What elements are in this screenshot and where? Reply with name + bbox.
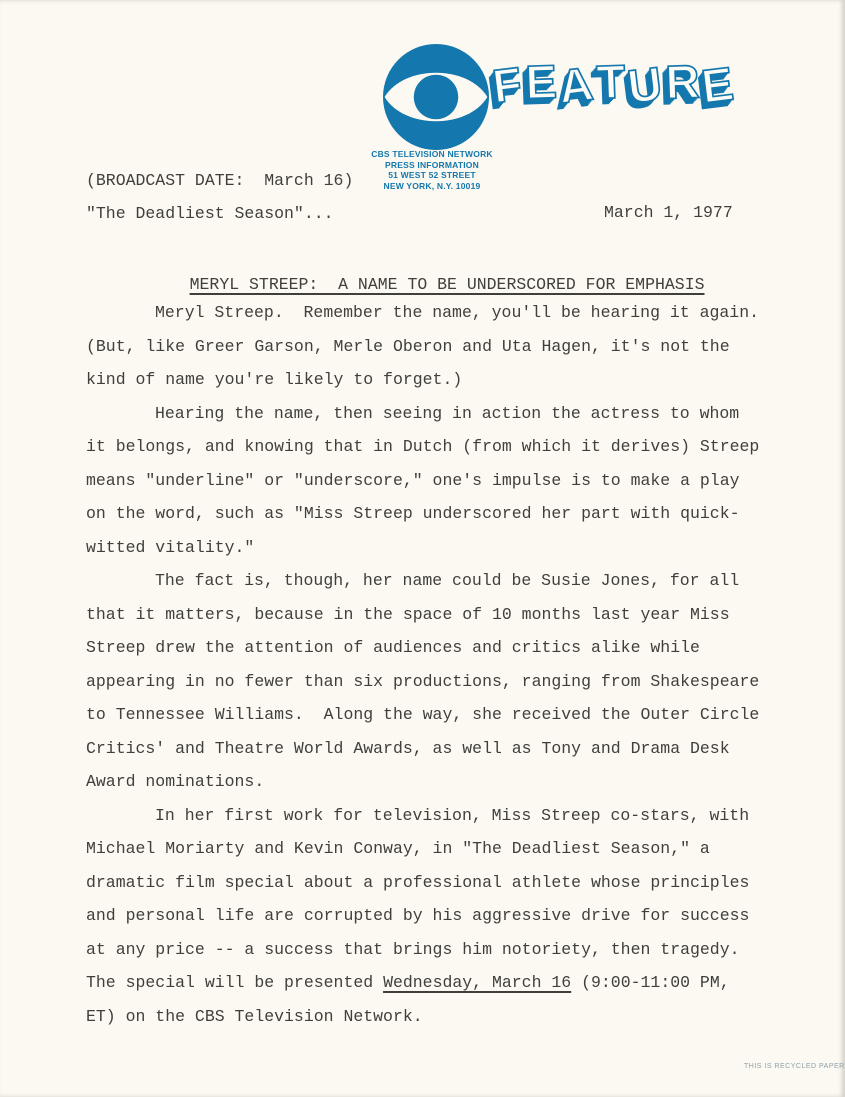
text-segment: and personal life are corrupted by his a… [86,906,749,925]
body-line: and personal life are corrupted by his a… [86,899,786,933]
body-line: Streep drew the attention of audiences a… [86,631,786,665]
feature-letter: F [490,55,528,113]
body-line: Award nominations. [86,765,786,799]
text-segment: kind of name you're likely to forget.) [86,370,462,389]
text-segment: In her first work for television, Miss S… [155,806,749,825]
text-segment: The special will be presented [86,973,383,992]
body-line: The fact is, though, her name could be S… [86,564,786,598]
text-segment: Critics' and Theatre World Awards, as we… [86,739,730,758]
body-line: it belongs, and knowing that in Dutch (f… [86,430,786,464]
text-segment: Michael Moriarty and Kevin Conway, in "T… [86,839,710,858]
text-segment: at any price -- a success that brings hi… [86,940,740,959]
document-body: Meryl Streep. Remember the name, you'll … [86,296,786,1033]
body-line: ET) on the CBS Television Network. [86,1000,786,1034]
address-line: CBS TELEVISION NETWORK [364,149,500,160]
body-line: (But, like Greer Garson, Merle Oberon an… [86,330,786,364]
letterhead-address: CBS TELEVISION NETWORKPRESS INFORMATION5… [364,149,500,191]
body-line: witted vitality." [86,531,786,565]
program-title-line: "The Deadliest Season"... [86,204,334,223]
address-line: 51 WEST 52 STREET [364,170,500,181]
text-segment: (But, like Greer Garson, Merle Oberon an… [86,337,730,356]
feature-letter: A [556,55,599,114]
body-line: dramatic film special about a profession… [86,866,786,900]
address-line: PRESS INFORMATION [364,160,500,171]
feature-letter: E [698,55,739,114]
text-segment: it belongs, and knowing that in Dutch (f… [86,437,759,456]
text-segment: appearing in no fewer than six productio… [86,672,759,691]
body-line: The special will be presented Wednesday,… [86,966,786,1000]
text-segment: Hearing the name, then seeing in action … [155,404,739,423]
text-segment: Award nominations. [86,772,264,791]
body-line: appearing in no fewer than six productio… [86,665,786,699]
body-line: In her first work for television, Miss S… [86,799,786,833]
press-release-page: FEATURE CBS TELEVISION NETWORKPRESS INFO… [0,0,845,1097]
feature-logotype: FEATURE [494,56,737,111]
text-segment: means "underline" or "underscore," one's… [86,471,740,490]
article-headline-text: MERYL STREEP: A NAME TO BE UNDERSCORED F… [190,275,705,294]
text-segment: ET) on the CBS Television Network. [86,1007,423,1026]
broadcast-date-line: (BROADCAST DATE: March 16) [86,171,353,190]
body-line: on the word, such as "Miss Streep unders… [86,497,786,531]
text-segment: to Tennessee Williams. Along the way, sh… [86,705,759,724]
release-date: March 1, 1977 [604,203,733,222]
cbs-eye-logo-icon [383,44,489,150]
text-segment: Meryl Streep. Remember the name, you'll … [155,303,759,322]
text-segment: dramatic film special about a profession… [86,873,749,892]
text-segment: witted vitality." [86,538,254,557]
text-segment: on the word, such as "Miss Streep unders… [86,504,740,523]
feature-letter: U [624,55,667,114]
text-segment: Streep drew the attention of audiences a… [86,638,700,657]
recycled-paper-note: THIS IS RECYCLED PAPER [744,1063,845,1070]
body-line: that it matters, because in the space of… [86,598,786,632]
address-line: NEW YORK, N.Y. 10019 [364,181,500,192]
underlined-text: Wednesday, March 16 [383,973,571,992]
body-line: to Tennessee Williams. Along the way, sh… [86,698,786,732]
text-segment: that it matters, because in the space of… [86,605,730,624]
body-line: Critics' and Theatre World Awards, as we… [86,732,786,766]
body-line: means "underline" or "underscore," one's… [86,464,786,498]
text-segment: (9:00-11:00 PM, [571,973,729,992]
feature-letter: R [664,53,703,109]
body-line: Hearing the name, then seeing in action … [86,397,786,431]
body-line: Meryl Streep. Remember the name, you'll … [86,296,786,330]
body-line: kind of name you're likely to forget.) [86,363,786,397]
text-segment: The fact is, though, her name could be S… [155,571,739,590]
body-line: Michael Moriarty and Kevin Conway, in "T… [86,832,786,866]
body-line: at any price -- a success that brings hi… [86,933,786,967]
